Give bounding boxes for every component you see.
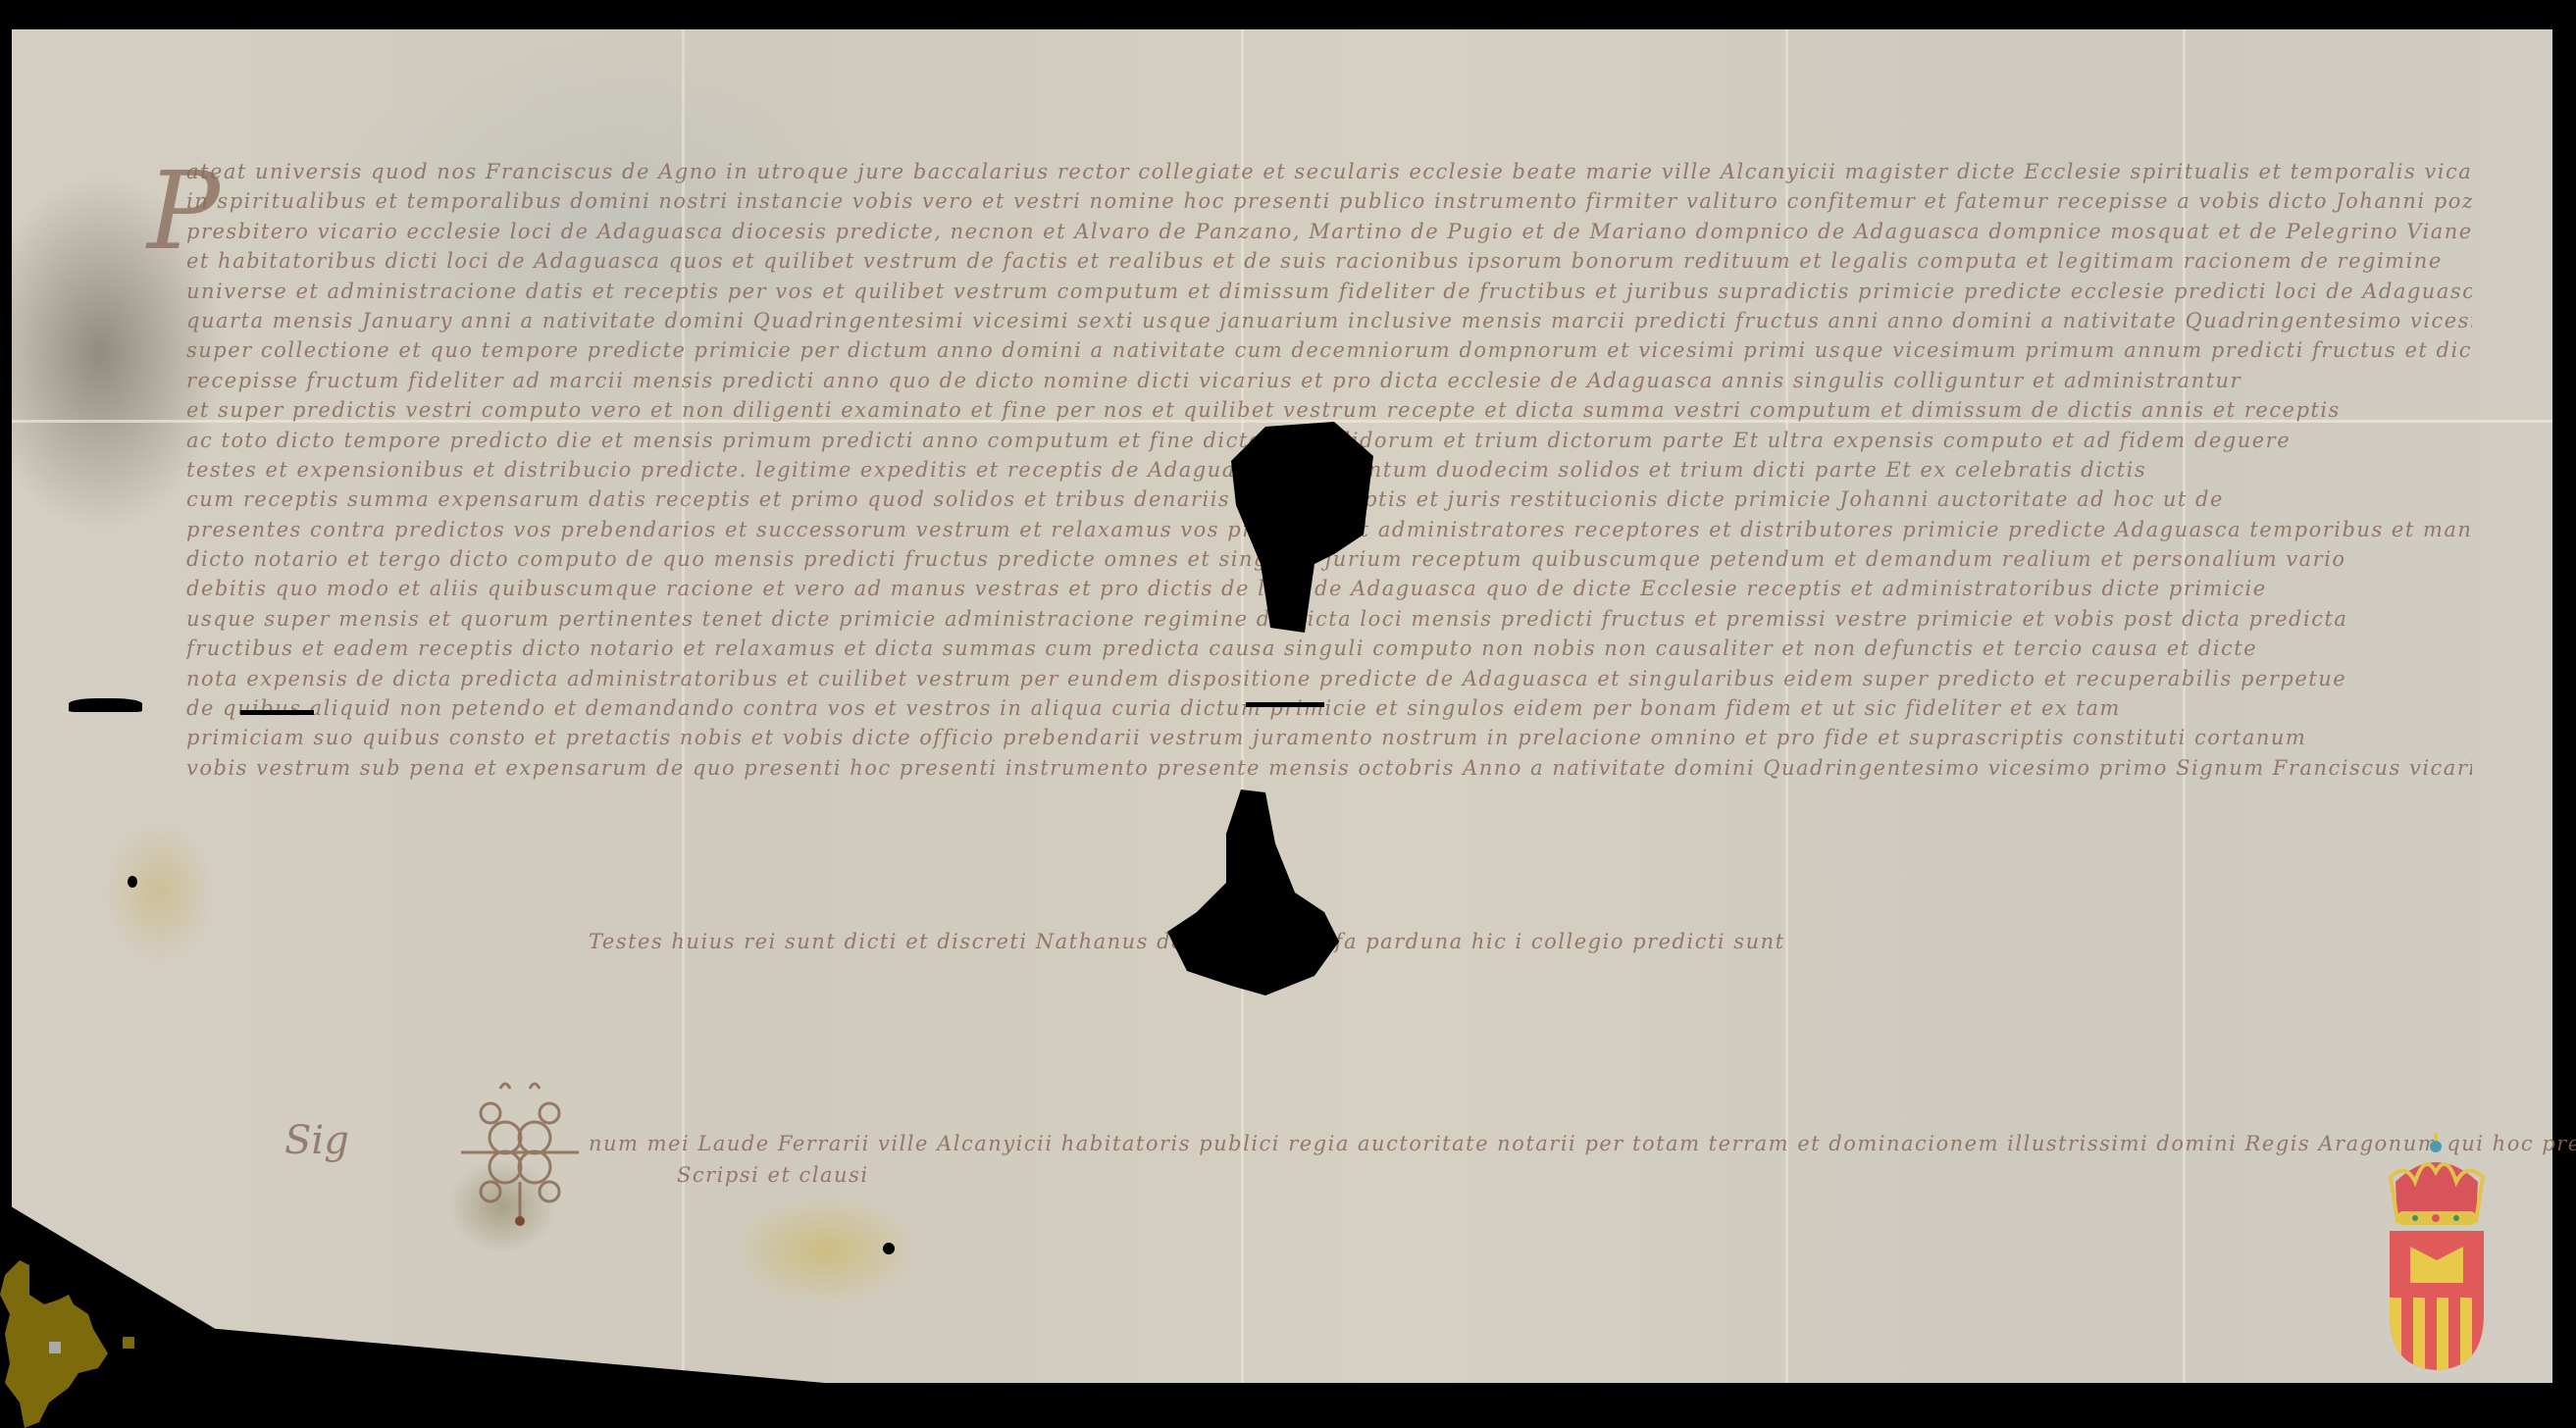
- pinhole: [128, 876, 137, 888]
- text-line: de quibus aliquid non petendo et demanda…: [186, 693, 2472, 723]
- damage-tear-left: [69, 698, 142, 712]
- subscription-line: Scripsi et clausi: [589, 1159, 2576, 1191]
- damage-slit-center: [1246, 702, 1324, 707]
- text-line: presbitero vicario ecclesie loci de Adag…: [186, 217, 2472, 246]
- text-line: vobis vestrum sub pena et expensarum de …: [186, 753, 2472, 783]
- damage-hole-lower: [1158, 785, 1354, 1000]
- subscription-line: num mei Laude Ferrarii ville Alcanyicii …: [589, 1128, 2576, 1159]
- region-map-icon: [0, 1255, 137, 1428]
- text-line: nota expensis de dicta predicta administ…: [186, 664, 2472, 693]
- notarial-sign-icon: [461, 1079, 579, 1226]
- coat-of-arms-icon: [2386, 1133, 2488, 1373]
- pinhole: [883, 1243, 895, 1254]
- text-line: ateat universis quod nos Franciscus de A…: [186, 157, 2472, 186]
- text-line: quarta mensis January anni a nativitate …: [186, 306, 2472, 335]
- text-line: primiciam suo quibus consto et pretactis…: [186, 723, 2472, 752]
- text-line: in spiritualibus et temporalibus domini …: [186, 186, 2472, 216]
- text-line: universe et administracione datis et rec…: [186, 277, 2472, 306]
- damage-slit: [240, 710, 314, 715]
- damage-hole-upper: [1226, 417, 1383, 642]
- notary-subscription: num mei Laude Ferrarii ville Alcanyicii …: [589, 1128, 2576, 1191]
- text-line: recepisse fructum fideliter ad marcii me…: [186, 366, 2472, 395]
- text-line: super collectione et quo tempore predict…: [186, 335, 2472, 365]
- signum-label: Sig: [284, 1118, 349, 1163]
- text-line: et habitatoribus dicti loci de Adaguasca…: [186, 246, 2472, 276]
